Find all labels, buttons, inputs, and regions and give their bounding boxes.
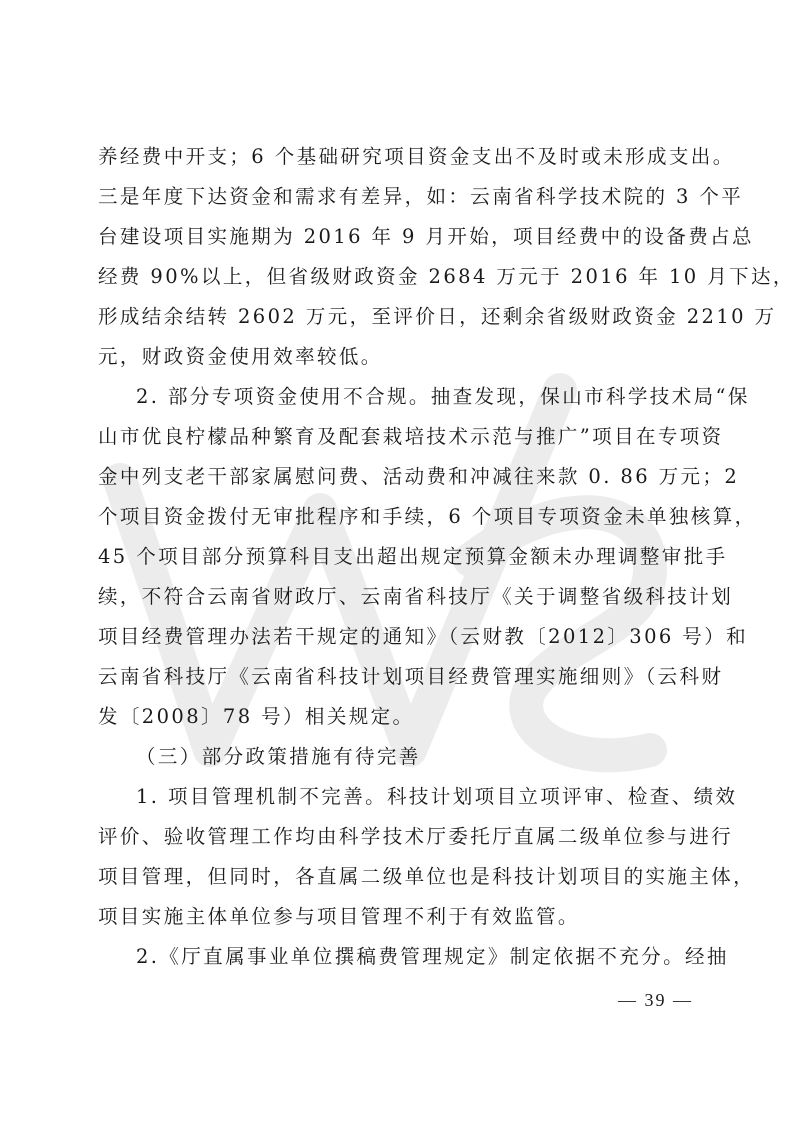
text-line: 项目经费管理办法若干规定的通知》（云财教〔2012〕306 号）和	[98, 617, 698, 657]
text-line: 金中列支老干部家属慰问费、活动费和冲减往来款 0. 86 万元；2	[98, 457, 698, 497]
text-line: 形成结余结转 2602 万元，至评价日，还剩余省级财政资金 2210 万	[98, 297, 698, 337]
text-line: 发〔2008〕78 号）相关规定。	[98, 697, 698, 737]
text-line: 三是年度下达资金和需求有差异，如：云南省科学技术院的 3 个平	[98, 177, 698, 217]
text-line: 项目管理，但同时，各直属二级单位也是科技计划项目的实施主体，	[98, 857, 698, 897]
text-line: 45 个项目部分预算科目支出超出规定预算金额未办理调整审批手	[98, 537, 698, 577]
paragraph-start-line: 2. 部分专项资金使用不合规。抽查发现，保山市科学技术局“保	[98, 377, 698, 417]
text-line: 台建设项目实施期为 2016 年 9 月开始，项目经费中的设备费占总	[98, 217, 698, 257]
text-line: 个项目资金拨付无审批程序和手续，6 个项目专项资金未单独核算，	[98, 497, 698, 537]
page-number: — 39 —	[618, 990, 693, 1011]
paragraph-start-line: 1. 项目管理机制不完善。科技计划项目立项评审、检查、绩效	[98, 777, 698, 817]
text-line: 养经费中开支；6 个基础研究项目资金支出不及时或未形成支出。	[98, 137, 698, 177]
text-line: 续，不符合云南省财政厅、云南省科技厅《关于调整省级科技计划	[98, 577, 698, 617]
section-heading: （三）部分政策措施有待完善	[98, 737, 698, 777]
text-line: 云南省科技厅《云南省科技计划项目经费管理实施细则》（云科财	[98, 657, 698, 697]
document-page: 养经费中开支；6 个基础研究项目资金支出不及时或未形成支出。 三是年度下达资金和…	[0, 0, 793, 1122]
document-body: 养经费中开支；6 个基础研究项目资金支出不及时或未形成支出。 三是年度下达资金和…	[98, 137, 698, 977]
paragraph-start-line: 2.《厅直属事业单位撰稿费管理规定》制定依据不充分。经抽	[98, 937, 698, 977]
text-line: 项目实施主体单位参与项目管理不利于有效监管。	[98, 897, 698, 937]
text-line: 元，财政资金使用效率较低。	[98, 337, 698, 377]
text-line: 经费 90%以上，但省级财政资金 2684 万元于 2016 年 10 月下达，	[98, 257, 698, 297]
text-line: 评价、验收管理工作均由科学技术厅委托厅直属二级单位参与进行	[98, 817, 698, 857]
text-line: 山市优良柠檬品种繁育及配套栽培技术示范与推广”项目在专项资	[98, 417, 698, 457]
